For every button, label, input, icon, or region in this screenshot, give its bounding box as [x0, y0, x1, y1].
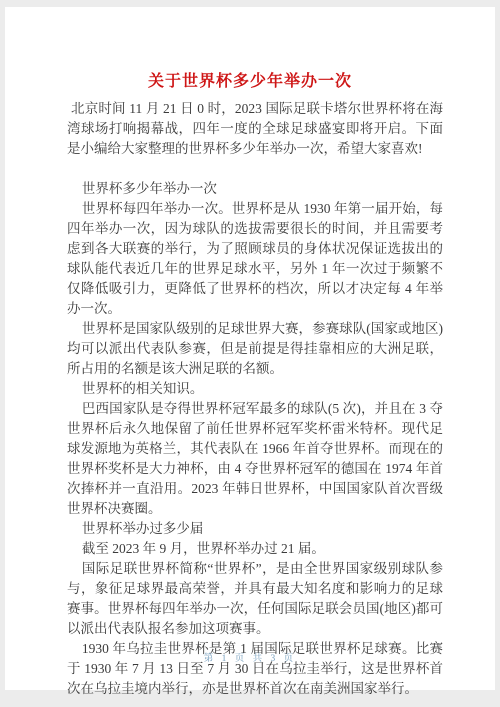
paragraph: 1930 年乌拉圭世界杯是第 1 届国际足联世界杯足球赛。比赛于 1930 年 … [67, 639, 443, 699]
document-body: 北京时间 11 月 21 日 0 时，2023 国际足联卡塔尔世界杯将在海湾球场… [67, 99, 443, 699]
paragraph: 巴西国家队是夺得世界杯冠军最多的球队(5 次)，并且在 3 夺世界杯后永久地保留… [67, 399, 443, 519]
page-number-indicator: 第 1 页 共 3 页 [5, 650, 495, 664]
section-heading: 世界杯举办过多少届 [67, 519, 443, 539]
paragraph: 世界杯每四年举办一次。世界杯是从 1930 年第一届开始，每四年举办一次，因为球… [67, 199, 443, 319]
paragraph: 国际足联世界杯简称“世界杯”，是由全世界国家级别球队参与，象征足球界最高荣誉，并… [67, 559, 443, 639]
paragraph: 世界杯是国家队级别的足球世界大赛，参赛球队(国家或地区)均可以派出代表队参赛，但… [67, 319, 443, 379]
intro-paragraph: 北京时间 11 月 21 日 0 时，2023 国际足联卡塔尔世界杯将在海湾球场… [67, 99, 443, 159]
blank-line [67, 159, 443, 179]
page-title: 关于世界杯多少年举办一次 [5, 72, 495, 92]
section-heading: 世界杯的相关知识。 [67, 379, 443, 399]
document-canvas: 关于世界杯多少年举办一次 北京时间 11 月 21 日 0 时，2023 国际足… [0, 0, 500, 707]
document-page: 关于世界杯多少年举办一次 北京时间 11 月 21 日 0 时，2023 国际足… [5, 7, 495, 690]
paragraph: 截至 2023 年 9 月，世界杯举办过 21 届。 [67, 539, 443, 559]
section-heading: 世界杯多少年举办一次 [67, 179, 443, 199]
